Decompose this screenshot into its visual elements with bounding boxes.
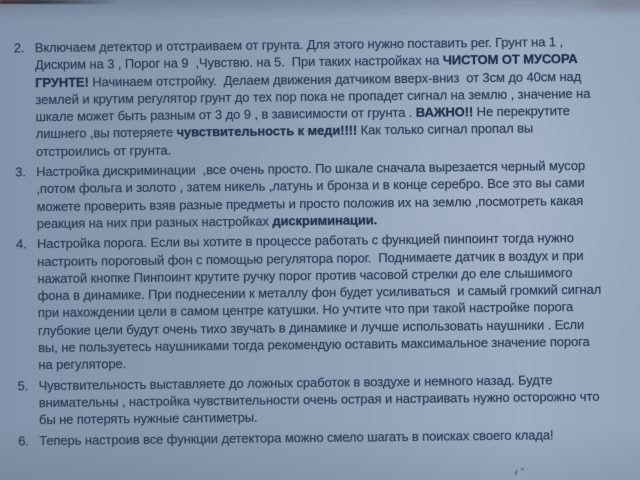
- text-segment: Чувствительность выставляете до ложных с…: [39, 372, 603, 427]
- emphasis-text: дискриминации.: [272, 212, 377, 228]
- emphasis-text: ВАЖНО!!: [416, 104, 474, 120]
- list-item: 5. Чувствительность выставляете до ложны…: [16, 370, 623, 429]
- item-number: 6.: [16, 432, 39, 450]
- item-text: Настройка порога. Если вы хотите в проце…: [37, 229, 605, 374]
- pen-marks: [514, 468, 526, 476]
- item-text: Теперь настроив все функции детектора мо…: [39, 425, 605, 449]
- list-item: 3. Настройка дискриминации ,все очень пр…: [13, 157, 620, 233]
- emphasis-text: чувствительность к меди!!!!: [177, 123, 358, 140]
- item-number: 4.: [14, 235, 37, 253]
- item-number: 5.: [16, 377, 39, 395]
- list-item: 4. Настройка порога. Если вы хотите в пр…: [14, 229, 622, 374]
- text-segment: Настройка порога. Если вы хотите в проце…: [37, 230, 605, 372]
- text-segment: Теперь настроив все функции детектора мо…: [39, 427, 553, 448]
- list-item: 2. Включаем детектор и отстраиваем от гр…: [12, 33, 619, 161]
- photo-top-edge-artifact: [0, 0, 120, 4]
- item-text: Чувствительность выставляете до ложных с…: [39, 370, 606, 428]
- list-item: 6. Теперь настроив все функции детектора…: [16, 425, 622, 449]
- item-number: 2.: [12, 39, 35, 57]
- document-sheet: 2. Включаем детектор и отстраиваем от гр…: [12, 33, 623, 453]
- item-number: 3.: [13, 163, 36, 181]
- item-text: Включаем детектор и отстраиваем от грунт…: [35, 33, 602, 160]
- item-text: Настройка дискриминации ,все очень прост…: [36, 157, 603, 233]
- photo-background: 2. Включаем детектор и отстраиваем от гр…: [0, 0, 640, 480]
